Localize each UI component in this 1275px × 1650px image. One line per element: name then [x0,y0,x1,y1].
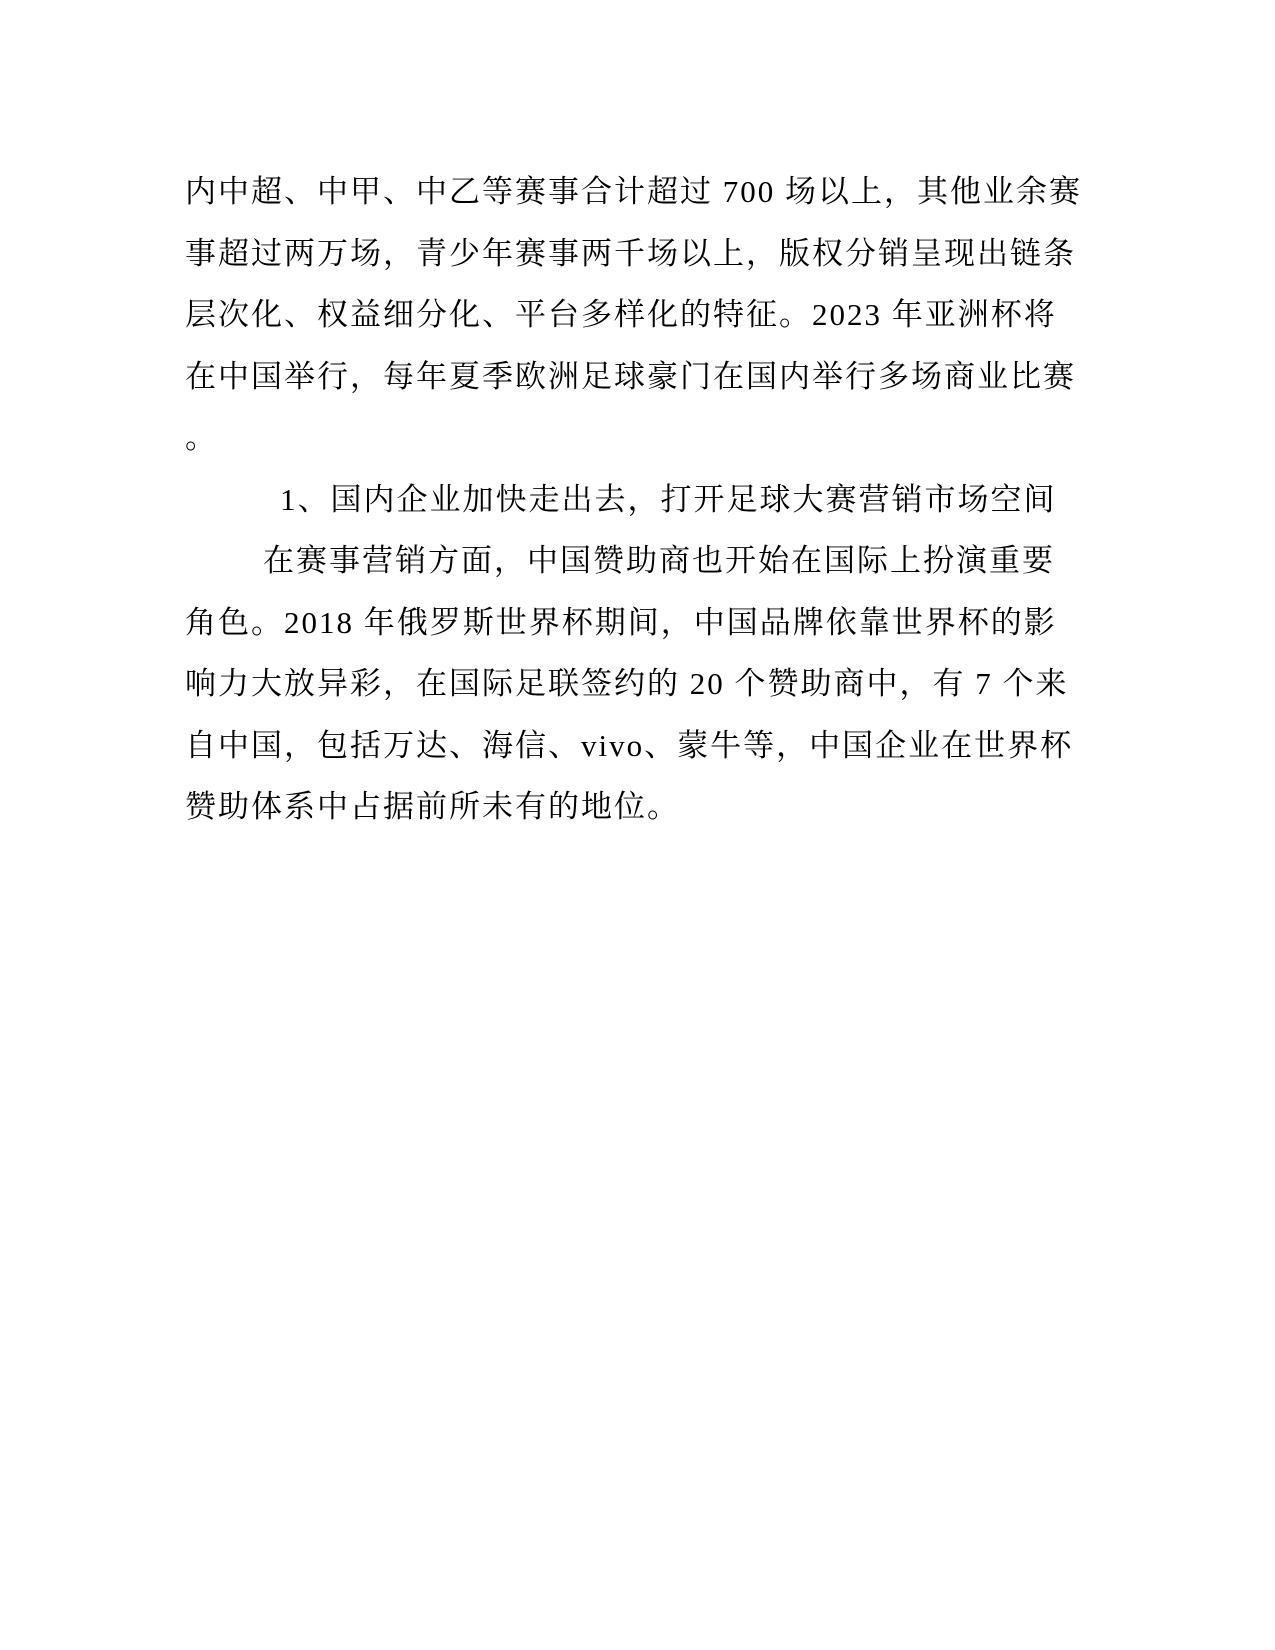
text-line: 层次化、权益细分化、平台多样化的特征。2023 年亚洲杯将 [185,284,1090,346]
text-line: 1、国内企业加快走出去，打开足球大赛营销市场空间 [185,469,1090,531]
paragraph-heading-1: 1、国内企业加快走出去，打开足球大赛营销市场空间 [185,469,1090,531]
paragraph-domestic-events: 内中超、中甲、中乙等赛事合计超过 700 场以上，其他业余赛事超过两万场，青少年… [185,161,1090,469]
text-line: 响力大放异彩，在国际足联签约的 20 个赞助商中，有 7 个来 [185,653,1090,715]
text-line: 在赛事营销方面，中国赞助商也开始在国际上扮演重要 [185,530,1090,592]
text-line: 赞助体系中占据前所未有的地位。 [185,776,1090,838]
paragraph-sponsor-marketing: 在赛事营销方面，中国赞助商也开始在国际上扮演重要角色。2018 年俄罗斯世界杯期… [185,530,1090,838]
text-line: 内中超、中甲、中乙等赛事合计超过 700 场以上，其他业余赛 [185,161,1090,223]
text-line: 。 [185,407,1090,469]
document-body: 内中超、中甲、中乙等赛事合计超过 700 场以上，其他业余赛事超过两万场，青少年… [185,161,1090,838]
text-line: 在中国举行，每年夏季欧洲足球豪门在国内举行多场商业比赛 [185,346,1090,408]
document-page: 内中超、中甲、中乙等赛事合计超过 700 场以上，其他业余赛事超过两万场，青少年… [0,0,1275,1650]
text-line: 事超过两万场，青少年赛事两千场以上，版权分销呈现出链条 [185,223,1090,285]
text-line: 角色。2018 年俄罗斯世界杯期间，中国品牌依靠世界杯的影 [185,592,1090,654]
text-line: 自中国，包括万达、海信、vivo、蒙牛等，中国企业在世界杯 [185,715,1090,777]
